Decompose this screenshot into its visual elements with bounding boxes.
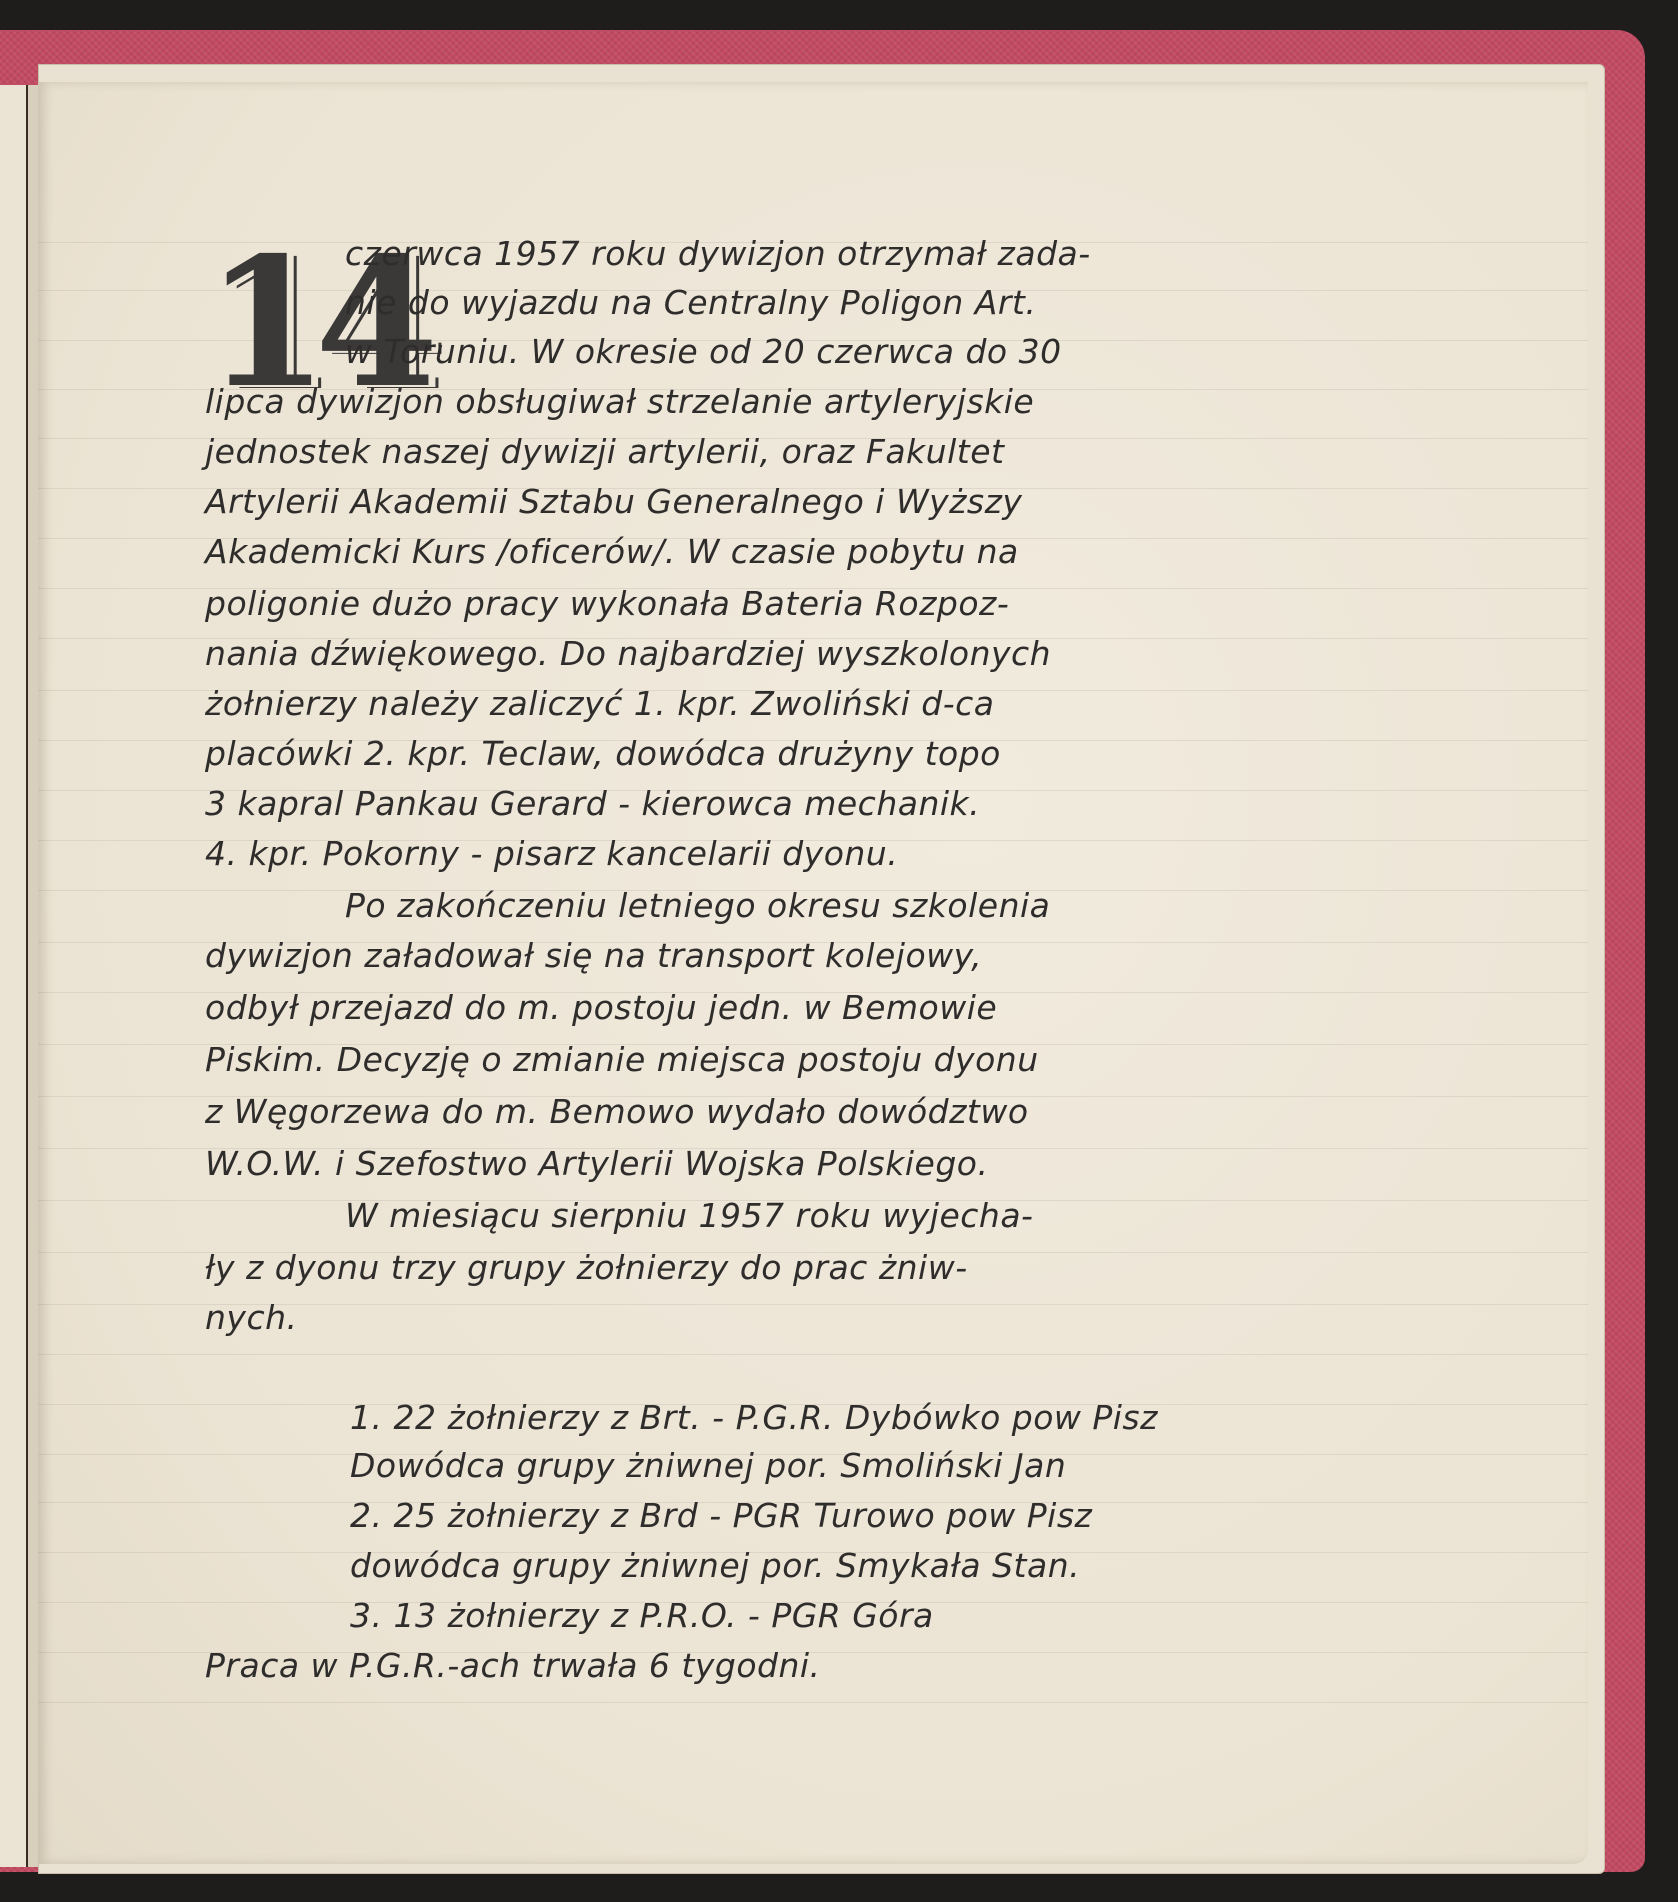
text-line: czerwca 1957 roku dywizjon otrzymał zada… xyxy=(345,232,1091,276)
text-line: W.O.W. i Szefostwo Artylerii Wojska Pols… xyxy=(205,1142,988,1186)
previous-page-edge xyxy=(0,85,27,1867)
text-line: nych. xyxy=(205,1296,298,1340)
text-line: jednostek naszej dywizji artylerii, oraz… xyxy=(205,430,1004,474)
text-line: odbył przejazd do m. postoju jedn. w Bem… xyxy=(205,986,997,1030)
list-item: 3. 13 żołnierzy z P.R.O. - PGR Góra xyxy=(350,1594,934,1638)
text-line: W miesiącu sierpniu 1957 roku wyjecha- xyxy=(345,1194,1033,1238)
text-line: Akademicki Kurs /oficerów/. W czasie pob… xyxy=(205,530,1019,574)
text-line: poligonie dużo pracy wykonała Bateria Ro… xyxy=(205,582,1009,626)
text-line: Piskim. Decyzję o zmianie miejsca postoj… xyxy=(205,1038,1039,1082)
text-line: ły z dyonu trzy grupy żołnierzy do prac … xyxy=(205,1246,968,1290)
list-item: dowódca grupy żniwnej por. Smykała Stan. xyxy=(350,1544,1080,1588)
list-item: 1. 22 żołnierzy z Brt. - P.G.R. Dybówko … xyxy=(350,1396,1158,1440)
list-item: Dowódca grupy żniwnej por. Smoliński Jan xyxy=(350,1444,1066,1488)
text-line: dywizjon załadował się na transport kole… xyxy=(205,934,982,978)
text-line: placówki 2. kpr. Teclaw, dowódca drużyny… xyxy=(205,732,1001,776)
text-line: Artylerii Akademii Sztabu Generalnego i … xyxy=(205,480,1022,524)
text-line: Praca w P.G.R.-ach trwała 6 tygodni. xyxy=(205,1644,821,1688)
text-line: 4. kpr. Pokorny - pisarz kancelarii dyon… xyxy=(205,832,898,876)
text-line: w Toruniu. W okresie od 20 czerwca do 30 xyxy=(345,330,1062,374)
text-line: Po zakończeniu letniego okresu szkolenia xyxy=(345,884,1050,928)
text-line: nie do wyjazdu na Centralny Poligon Art. xyxy=(345,281,1036,325)
text-line: nania dźwiękowego. Do najbardziej wyszko… xyxy=(205,632,1051,676)
list-item: 2. 25 żołnierzy z Brd - PGR Turowo pow P… xyxy=(350,1494,1092,1538)
text-line: 3 kapral Pankau Gerard - kierowca mechan… xyxy=(205,782,980,826)
text-line: żołnierzy należy zaliczyć 1. kpr. Zwoliń… xyxy=(205,682,995,726)
text-line: z Węgorzewa do m. Bemowo wydało dowództw… xyxy=(205,1090,1029,1134)
text-line: lipca dywizjon obsługiwał strzelanie art… xyxy=(205,380,1034,424)
book-gutter xyxy=(26,85,38,1867)
